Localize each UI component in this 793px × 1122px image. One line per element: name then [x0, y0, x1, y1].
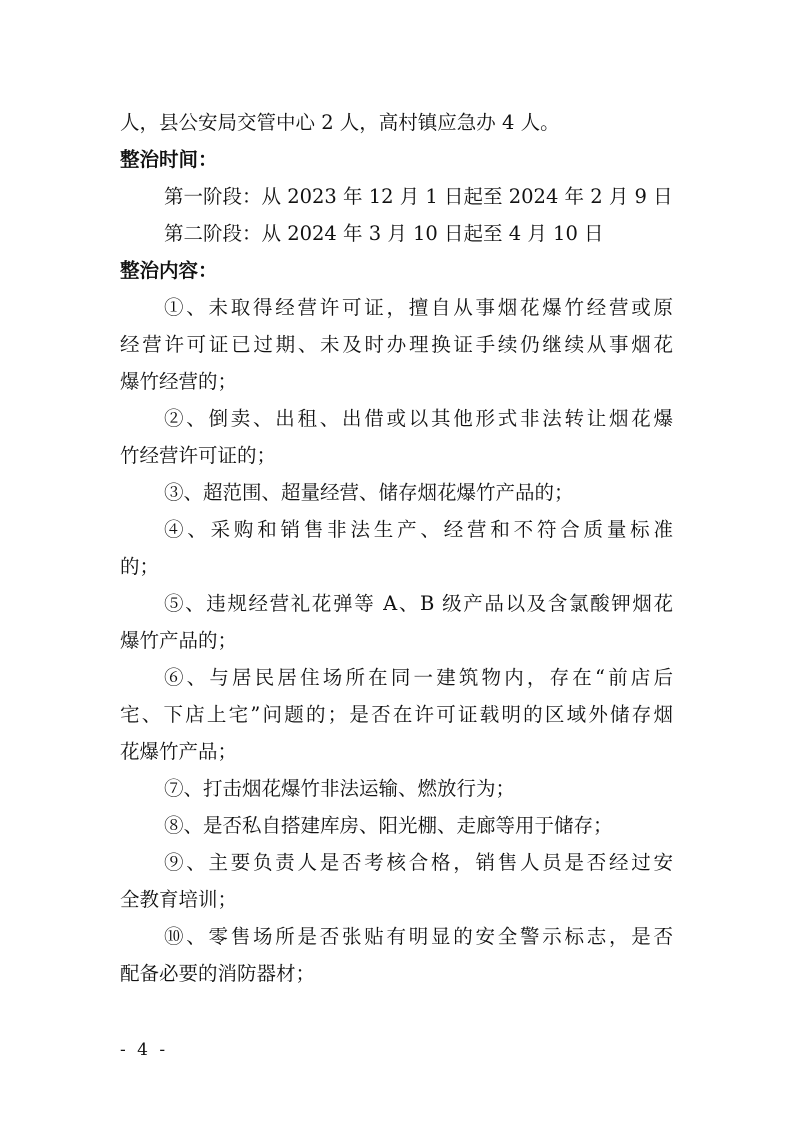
item-4-line-1: ④、采购和销售非法生产、经营和不符合质量标准: [120, 511, 673, 548]
item-6-line-3: 花爆竹产品；: [120, 733, 673, 770]
item-5-line-2: 爆竹产品的；: [120, 622, 673, 659]
document-page: 人，县公安局交管中心 2 人，高村镇应急办 4 人。 整治时间： 第一阶段：从 …: [120, 104, 673, 992]
item-8-line-1: ⑧、是否私自搭建库房、阳光棚、走廊等用于储存；: [120, 807, 673, 844]
content-heading: 整治内容：: [120, 252, 673, 289]
item-2-line-2: 竹经营许可证的；: [120, 437, 673, 474]
item-6-line-2: 宅、下店上宅”问题的；是否在许可证载明的区域外储存烟: [120, 696, 673, 733]
item-7-line-1: ⑦、打击烟花爆竹非法运输、燃放行为；: [120, 770, 673, 807]
item-2-line-1: ②、倒卖、出租、出借或以其他形式非法转让烟花爆: [120, 400, 673, 437]
item-1-line-1: ①、未取得经营许可证，擅自从事烟花爆竹经营或原: [120, 289, 673, 326]
item-9-line-2: 全教育培训；: [120, 881, 673, 918]
item-10-line-1: ⑩、零售场所是否张贴有明显的安全警示标志，是否: [120, 918, 673, 955]
page-number: - 4 -: [120, 1040, 168, 1060]
item-9-line-1: ⑨、主要负责人是否考核合格，销售人员是否经过安: [120, 844, 673, 881]
item-4-line-2: 的；: [120, 548, 673, 585]
continuation-line: 人，县公安局交管中心 2 人，高村镇应急办 4 人。: [120, 104, 673, 141]
item-5-line-1: ⑤、违规经营礼花弹等 A、B 级产品以及含氯酸钾烟花: [120, 585, 673, 622]
item-1-line-2: 经营许可证已过期、未及时办理换证手续仍继续从事烟花: [120, 326, 673, 363]
item-10-line-2: 配备必要的消防器材；: [120, 955, 673, 992]
item-6-line-1: ⑥、与居民居住场所在同一建筑物内，存在“前店后: [120, 659, 673, 696]
schedule-heading: 整治时间：: [120, 141, 673, 178]
item-1-line-3: 爆竹经营的；: [120, 363, 673, 400]
phase-2: 第二阶段：从 2024 年 3 月 10 日起至 4 月 10 日: [120, 215, 673, 252]
item-3-line-1: ③、超范围、超量经营、储存烟花爆竹产品的；: [120, 474, 673, 511]
phase-1: 第一阶段：从 2023 年 12 月 1 日起至 2024 年 2 月 9 日: [120, 178, 673, 215]
